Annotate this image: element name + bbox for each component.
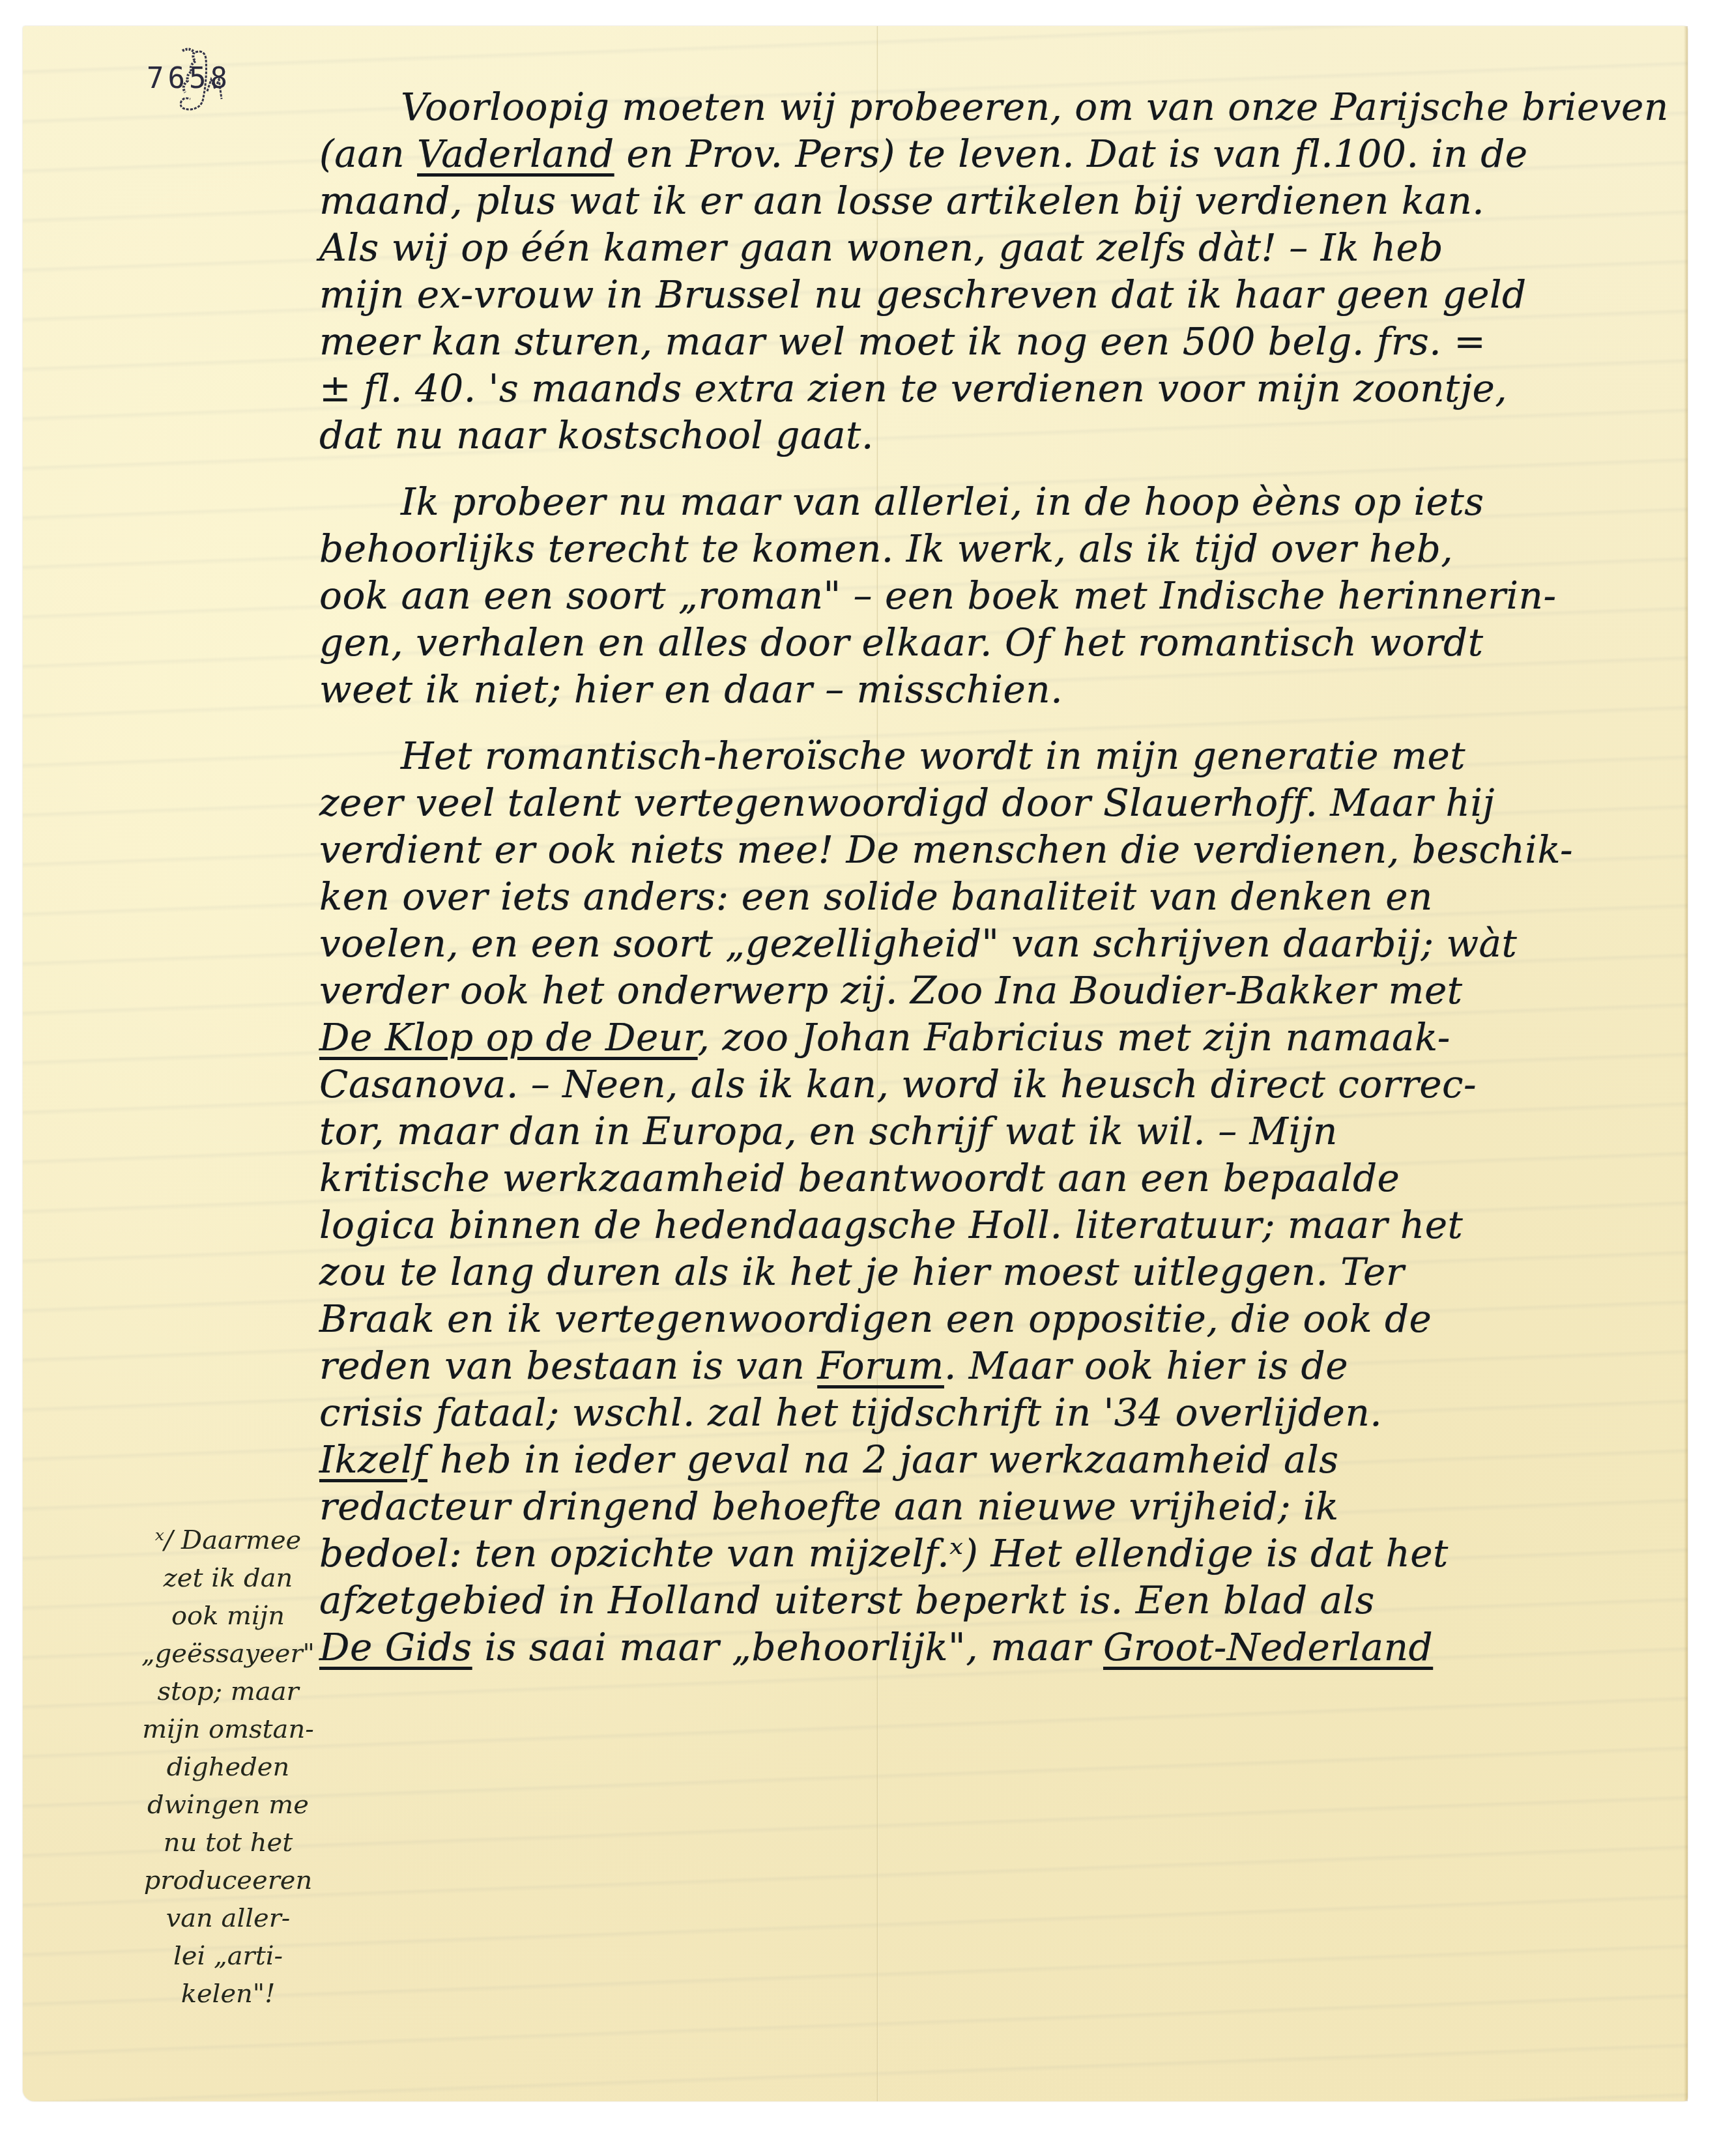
letter-line: kritische werkzaamheid beantwoordt aan e…	[319, 1155, 1694, 1201]
letter-line: gen, verhalen en alles door elkaar. Of h…	[319, 619, 1694, 666]
letter-line: verdient er ook niets mee! De menschen d…	[319, 826, 1694, 873]
letter-body: Voorloopig moeten wij probeeren, om van …	[319, 83, 1694, 1671]
margin-note-line: kelen"!	[121, 1975, 336, 2013]
margin-note-line: ook mijn	[121, 1597, 336, 1635]
line-text: is saai maar „behoorlijk", maar	[472, 1625, 1103, 1669]
margin-note-line: stop; maar	[121, 1673, 336, 1710]
letter-line: behoorlijks terecht te komen. Ik werk, a…	[319, 525, 1694, 572]
line-text: verdient er ook niets mee! De menschen d…	[319, 827, 1573, 872]
letter-line: ken over iets anders: een solide banalit…	[319, 873, 1694, 920]
underlined-title: De Gids	[319, 1625, 472, 1669]
letter-line: tor, maar dan in Europa, en schrijf wat …	[319, 1108, 1694, 1155]
letter-line: zou te lang duren als ik het je hier moe…	[319, 1248, 1694, 1295]
margin-footnote: ˣ/ Daarmeezet ik danook mijn„geëssayeer"…	[121, 1521, 336, 2013]
margin-note-line: van aller-	[121, 1899, 336, 1937]
letter-line: reden van bestaan is van Forum. Maar ook…	[319, 1342, 1694, 1389]
line-text: zeer veel talent vertegenwoordigd door S…	[319, 781, 1495, 825]
margin-note-line: nu tot het	[121, 1824, 336, 1861]
line-text: zou te lang duren als ik het je hier moe…	[319, 1250, 1404, 1294]
underlined-title: Vaderland	[417, 132, 614, 176]
line-text: logica binnen de hedendaagsche Holl. lit…	[319, 1203, 1463, 1247]
letter-line: verder ook het onderwerp zij. Zoo Ina Bo…	[319, 967, 1694, 1014]
line-text: gen, verhalen en alles door elkaar. Of h…	[319, 620, 1484, 665]
letter-line: zeer veel talent vertegenwoordigd door S…	[319, 779, 1694, 826]
line-text: ken over iets anders: een solide banalit…	[319, 874, 1433, 919]
letter-line: Casanova. – Neen, als ik kan, word ik he…	[319, 1061, 1694, 1108]
line-text: maand, plus wat ik er aan losse artikele…	[319, 179, 1484, 223]
letter-line: Ikzelf heb in ieder geval na 2 jaar werk…	[319, 1436, 1694, 1483]
line-text: afzetgebied in Holland uiterst beperkt i…	[319, 1578, 1375, 1622]
underlined-title: Ikzelf	[319, 1437, 427, 1482]
line-text: behoorlijks terecht te komen. Ik werk, a…	[319, 526, 1453, 571]
line-text: bedoel: ten opzichte van mijzelf.ˣ) Het …	[319, 1531, 1449, 1575]
line-text: verder ook het onderwerp zij. Zoo Ina Bo…	[319, 968, 1463, 1013]
margin-note-line: lei „arti-	[121, 1937, 336, 1975]
letter-line: maand, plus wat ik er aan losse artikele…	[319, 177, 1694, 224]
line-text: redacteur dringend behoefte aan nieuwe v…	[319, 1484, 1339, 1529]
letter-line: afzetgebied in Holland uiterst beperkt i…	[319, 1577, 1694, 1624]
line-text: Voorloopig moeten wij probeeren, om van …	[401, 85, 1669, 129]
line-text: kritische werkzaamheid beantwoordt aan e…	[319, 1156, 1400, 1200]
letter-line: crisis fataal; wschl. zal het tijdschrif…	[319, 1389, 1694, 1436]
letter-line: mijn ex-vrouw in Brussel nu geschreven d…	[319, 271, 1694, 318]
margin-note-line: „geëssayeer"	[121, 1635, 336, 1673]
letter-line: weet ik niet; hier en daar – misschien.	[319, 666, 1694, 713]
letter-line: De Klop op de Deur, zoo Johan Fabricius …	[319, 1014, 1694, 1061]
line-text: en Prov. Pers) te leven. Dat is van fl.1…	[614, 132, 1528, 176]
letter-line: voelen, en een soort „gezelligheid" van …	[319, 920, 1694, 967]
line-text: . Maar ook hier is de	[944, 1344, 1348, 1388]
margin-note-line: dwingen me	[121, 1786, 336, 1824]
letter-line: ook aan een soort „roman" – een boek met…	[319, 572, 1694, 619]
line-text: weet ik niet; hier en daar – misschien.	[319, 667, 1063, 711]
letter-line: logica binnen de hedendaagsche Holl. lit…	[319, 1201, 1694, 1248]
margin-note-line: produceeren	[121, 1861, 336, 1899]
line-text: voelen, en een soort „gezelligheid" van …	[319, 921, 1517, 966]
underlined-title: Groot-Nederland	[1103, 1625, 1433, 1669]
catalog-number: 7658	[147, 62, 231, 95]
letter-line: Braak en ik vertegenwoordigen een opposi…	[319, 1295, 1694, 1342]
margin-note-line: zet ik dan	[121, 1559, 336, 1597]
letter-line: Als wij op één kamer gaan wonen, gaat ze…	[319, 224, 1694, 271]
letter-line: ± fl. 40. 's maands extra zien te verdie…	[319, 365, 1694, 412]
line-text: ook aan een soort „roman" – een boek met…	[319, 573, 1557, 618]
line-text: Casanova. – Neen, als ik kan, word ik he…	[319, 1062, 1477, 1106]
line-text: (aan	[319, 132, 417, 176]
line-text: , zoo Johan Fabricius met zijn namaak-	[698, 1015, 1451, 1059]
margin-note-line: digheden	[121, 1748, 336, 1786]
paragraph-gap	[319, 713, 1694, 732]
line-text: dat nu naar kostschool gaat.	[319, 413, 874, 457]
letter-line: dat nu naar kostschool gaat.	[319, 412, 1694, 459]
line-text: Braak en ik vertegenwoordigen een opposi…	[319, 1297, 1432, 1341]
letter-line: (aan Vaderland en Prov. Pers) te leven. …	[319, 130, 1694, 177]
underlined-title: De Klop op de Deur	[319, 1015, 698, 1059]
margin-note-line: mijn omstan-	[121, 1710, 336, 1748]
line-text: reden van bestaan is van	[319, 1344, 817, 1388]
letter-line: redacteur dringend behoefte aan nieuwe v…	[319, 1483, 1694, 1530]
letter-line: Ik probeer nu maar van allerlei, in de h…	[319, 478, 1694, 525]
line-text: heb in ieder geval na 2 jaar werkzaamhei…	[427, 1437, 1339, 1482]
line-text: Als wij op één kamer gaan wonen, gaat ze…	[319, 225, 1443, 270]
letter-page: 7658 Voorloopig moeten wij probeeren, om…	[23, 26, 1688, 2101]
margin-note-line: ˣ/ Daarmee	[121, 1521, 336, 1559]
line-text: tor, maar dan in Europa, en schrijf wat …	[319, 1109, 1338, 1153]
paragraph-gap	[319, 459, 1694, 478]
line-text: Ik probeer nu maar van allerlei, in de h…	[401, 480, 1484, 524]
line-text: Het romantisch-heroïsche wordt in mijn g…	[401, 734, 1465, 778]
line-text: meer kan sturen, maar wel moet ik nog ee…	[319, 319, 1486, 364]
letter-line: bedoel: ten opzichte van mijzelf.ˣ) Het …	[319, 1530, 1694, 1577]
line-text: mijn ex-vrouw in Brussel nu geschreven d…	[319, 272, 1527, 317]
line-text: crisis fataal; wschl. zal het tijdschrif…	[319, 1390, 1382, 1435]
letter-line: Het romantisch-heroïsche wordt in mijn g…	[319, 732, 1694, 779]
letter-line: Voorloopig moeten wij probeeren, om van …	[319, 83, 1694, 130]
letter-line: meer kan sturen, maar wel moet ik nog ee…	[319, 318, 1694, 365]
underlined-title: Forum	[817, 1344, 944, 1388]
letter-line: De Gids is saai maar „behoorlijk", maar …	[319, 1624, 1694, 1671]
line-text: ± fl. 40. 's maands extra zien te verdie…	[319, 366, 1507, 410]
